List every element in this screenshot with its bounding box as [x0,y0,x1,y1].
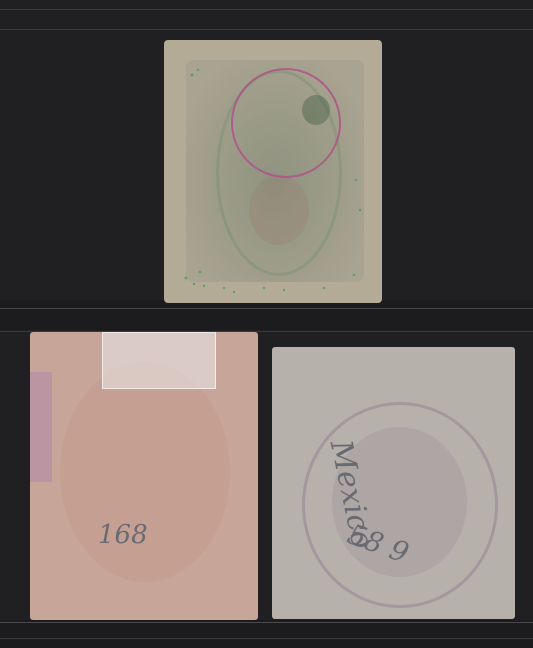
stamp-hinge [102,332,216,389]
stock-strip-line [0,638,533,639]
cancel-ring [231,68,341,178]
stock-page: 168 Mexico 58 9 [0,0,533,648]
stock-strip-line [0,29,533,30]
stock-strip-line [0,308,533,309]
stock-strip-line [0,622,533,623]
portrait-show-through [249,175,309,245]
ink-blot [302,95,330,125]
stock-strip-line [0,9,533,10]
stock-strip-band [0,300,533,330]
pencil-annotation: 168 [98,520,148,550]
stamp-bottom-left: 168 [30,332,258,620]
stamp-bottom-right: Mexico 58 9 [272,347,515,619]
stock-strip-band [0,620,533,648]
violet-stain [30,372,52,482]
stamp-top [164,40,382,303]
